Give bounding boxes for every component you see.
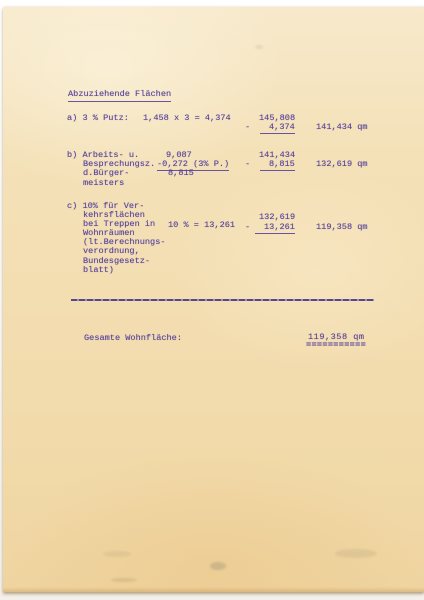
section-c-expression: 10 % = 13,261 <box>168 221 235 230</box>
document-title: Abzuziehende Flächen <box>68 90 171 102</box>
bleed-through-smudge <box>210 562 226 570</box>
section-c-minus-sign: - <box>245 223 250 232</box>
section-b-minus-sign: - <box>245 160 250 169</box>
section-c-result: 119,358 qm <box>316 223 368 232</box>
section-c-label-line8: blatt) <box>83 266 114 275</box>
bleed-through-smudge <box>335 549 377 558</box>
section-a-expression: 1,458 x 3 = 4,374 <box>143 114 231 123</box>
paper-speck <box>255 45 263 49</box>
section-c-subtrahend: 13,261 <box>255 223 295 234</box>
section-a-subtrahend: 4,374 <box>260 123 295 134</box>
total-double-underline: =========== <box>306 341 366 350</box>
section-b-label-line4: meisters <box>83 179 124 188</box>
section-a-minus-sign: - <box>245 123 250 132</box>
section-b-subtrahend: 8,815 <box>260 160 295 171</box>
section-a-result: 141,434 qm <box>316 123 368 132</box>
divider-line <box>71 299 374 301</box>
total-label: Gesamte Wohnfläche: <box>84 334 182 343</box>
section-a-label: a) 3 % Putz: <box>67 114 129 123</box>
scanned-document: Abzuziehende Flächen a) 3 % Putz: 1,458 … <box>0 0 424 600</box>
section-b-result: 132,619 qm <box>316 160 368 169</box>
paper-sheet: Abzuziehende Flächen a) 3 % Putz: 1,458 … <box>3 7 424 592</box>
bleed-through-smudge <box>103 551 131 557</box>
bleed-through-smudge <box>111 578 137 582</box>
section-b-calc-line3: 8,815 <box>168 169 194 178</box>
